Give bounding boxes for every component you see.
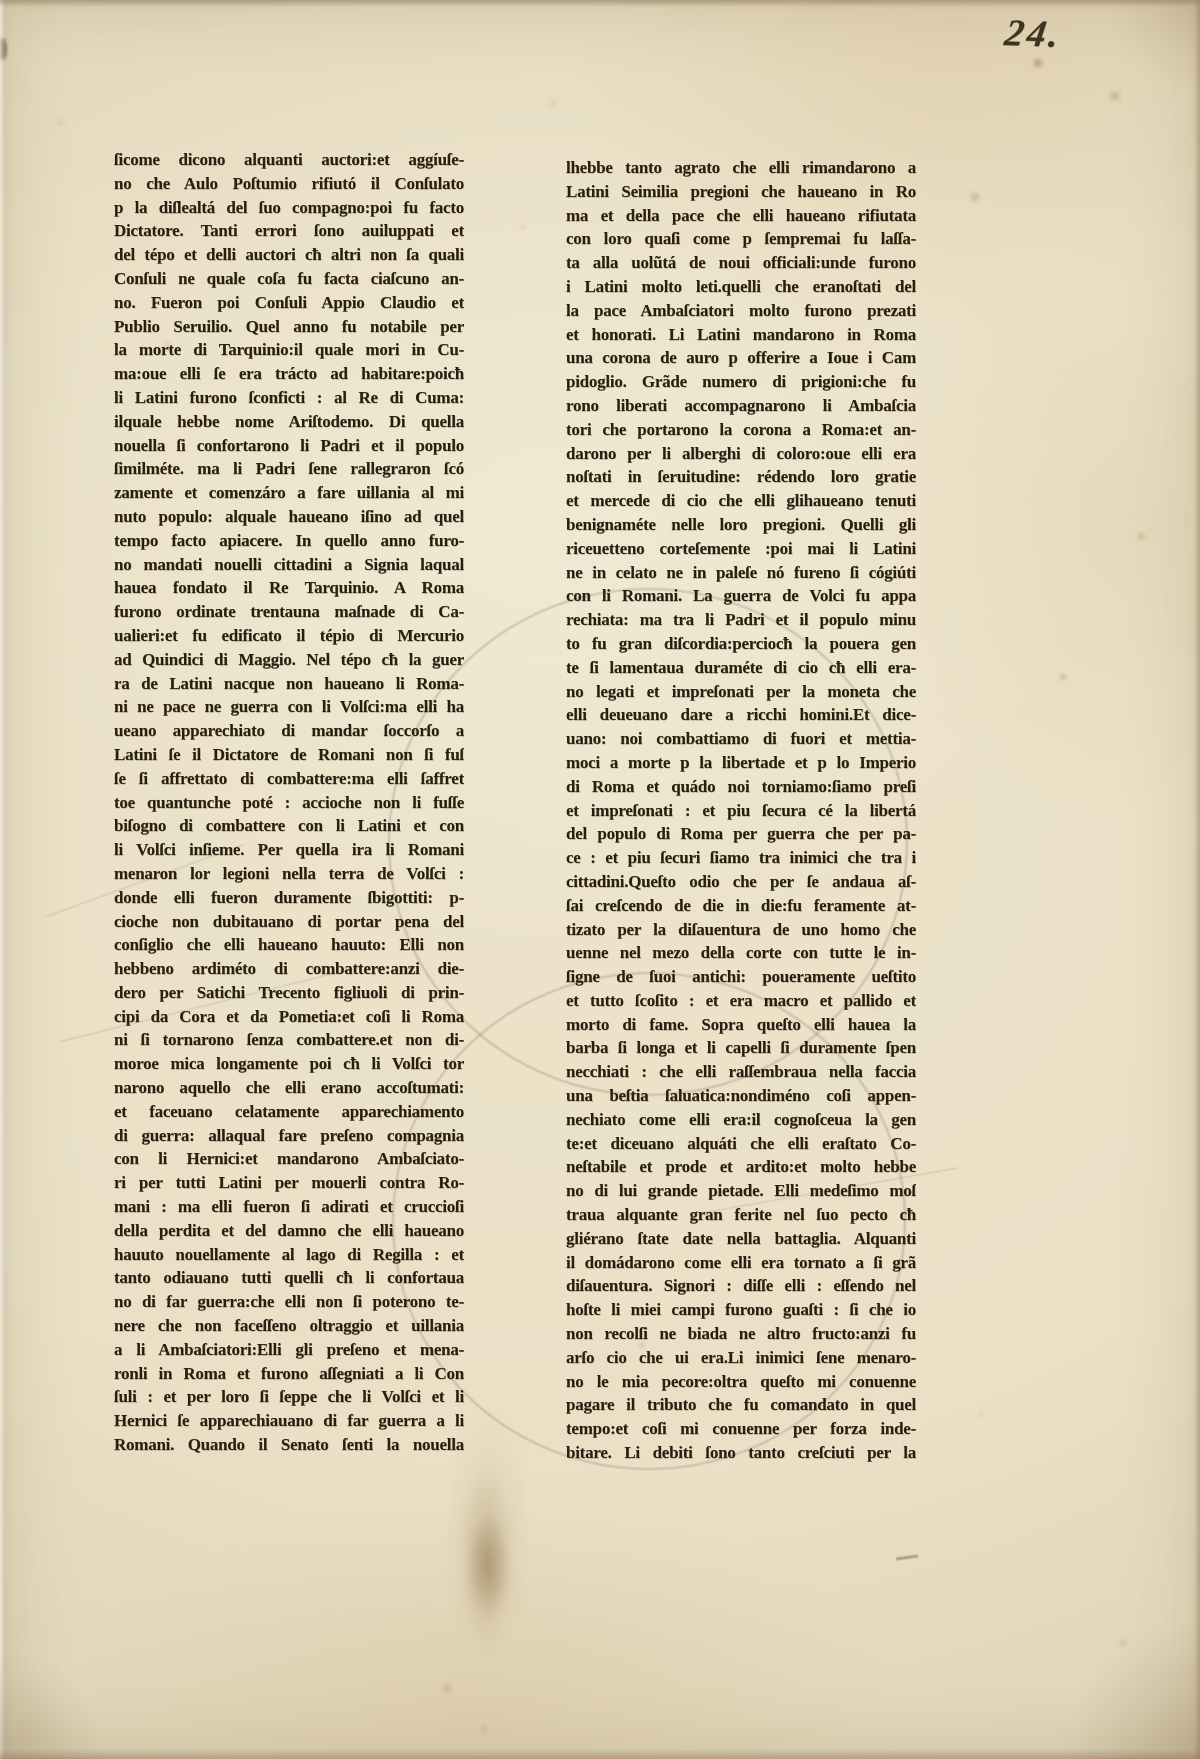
text-line: nouella ſi confortarono li Padri et il p… xyxy=(114,434,464,458)
text-line: narono aquello che elli erano accoſtumat… xyxy=(114,1076,464,1100)
text-line: ſai creſcendo de die in die:fu feramente… xyxy=(566,894,916,918)
edge-nick-mark xyxy=(0,38,7,60)
text-line: di Roma et quádo noi torniamo:ſiamo preſ… xyxy=(566,775,916,799)
text-line: di guerra: allaqual fare preſeno compagn… xyxy=(114,1124,464,1148)
text-line: necchiati : che elli raſſembraua nella f… xyxy=(566,1060,916,1084)
text-line: donde elli fueron duramente ſbigottiti: … xyxy=(114,886,464,910)
text-line: ſe ſi affrettato di combattere:ma elli ſ… xyxy=(114,767,464,791)
text-line: nechiato come elli era:il cognoſceua la … xyxy=(566,1108,916,1132)
text-line: ta alla uolũtá de noui officiali:unde fu… xyxy=(566,251,916,275)
text-line: tempo:et coſi mi conuenne per forza inde… xyxy=(566,1417,916,1441)
incunabulum-page: 24. ſicome dicono alquanti auctori:et ag… xyxy=(0,0,1200,1759)
text-column-right: lhebbe tanto agrato che elli rimandarono… xyxy=(566,156,916,1465)
text-line: arſo cio che ui era.Li inimici ſene mena… xyxy=(566,1346,916,1370)
text-column-left: ſicome dicono alquanti auctori:et aggíuſ… xyxy=(114,148,464,1457)
text-line: tori che portarono la corona a Roma:et a… xyxy=(566,418,916,442)
text-line: la morte di Tarquinio:il quale mori in C… xyxy=(114,338,464,362)
text-line: una corona de auro p offerire a Ioue i C… xyxy=(566,346,916,370)
text-line: et mercede di cio che elli glihaueano te… xyxy=(566,489,916,513)
foxing-spots xyxy=(0,0,2,2)
text-line: cioche non dubitauano di portar pena del xyxy=(114,910,464,934)
text-line: Hernici ſe apparechiauano di far guerra … xyxy=(114,1409,464,1433)
text-line: conſiglio che elli haueano hauuto: Elli … xyxy=(114,933,464,957)
text-line: tempo facto apiacere. In quello anno fur… xyxy=(114,529,464,553)
text-line: Latini ſe il Dictatore de Romani non ſi … xyxy=(114,743,464,767)
folio-number: 24. xyxy=(1002,11,1065,57)
text-line: a li Ambaſciatori:Elli gli preſeno et me… xyxy=(114,1338,464,1362)
ink-smudge-stain xyxy=(448,1400,528,1670)
text-line: hoſte li miei campi furono guaſti : ſi c… xyxy=(566,1298,916,1322)
text-line: uenne nel mezo della corte con tutte le … xyxy=(566,941,916,965)
text-line: lhebbe tanto agrato che elli rimandarono… xyxy=(566,156,916,180)
text-line: cittadini.Queſto odio che per ſe andaua … xyxy=(566,870,916,894)
text-line: darono per li alberghi di coloro:oue ell… xyxy=(566,442,916,466)
text-line: dero per Satichi Trecento figliuoli di p… xyxy=(114,981,464,1005)
text-line: nuto populo: alquale haueano iſino ad qu… xyxy=(114,505,464,529)
text-line: ualieri:et fu edificato il tépio di Merc… xyxy=(114,624,464,648)
text-line: pagare il tributo che fu comandato in qu… xyxy=(566,1393,916,1417)
text-line: tizato per la diſauentura de uno homo ch… xyxy=(566,918,916,942)
text-line: tanto odiauano tutti quelli cħ li confor… xyxy=(114,1266,464,1290)
text-line: et faceuano celatamente apparechiamento xyxy=(114,1100,464,1124)
text-line: Dictatore. Tanti errori ſono auiluppati … xyxy=(114,219,464,243)
text-line: furono ordinate trentauna maſnade di Ca- xyxy=(114,600,464,624)
text-line: li Latini furono ſconficti : al Re di Cu… xyxy=(114,386,464,410)
text-line: ra de Latini nacque non haueano li Roma- xyxy=(114,672,464,696)
text-line: benignaméte nelle loro pregioni. Quelli … xyxy=(566,513,916,537)
text-line: no le mia pecore:oltra queſto mi conuenn… xyxy=(566,1370,916,1394)
text-line: del populo di Roma per guerra che per pa… xyxy=(566,822,916,846)
text-line: to fu gran diſcordia:perciocħ la pouera … xyxy=(566,632,916,656)
text-line: ri per tutti Latini per mouerli contra R… xyxy=(114,1171,464,1195)
text-line: morto di fame. Sopra queſto elli hauea l… xyxy=(566,1013,916,1037)
text-line: et tutto ſcoſito : et era macro et palli… xyxy=(566,989,916,1013)
text-line: ce : et piu ſecuri ſiamo tra inimici che… xyxy=(566,846,916,870)
text-line: ſigne de ſuoi antichi: poueramente ueſti… xyxy=(566,965,916,989)
text-line: ilquale hebbe nome Ariſtodemo. Di quella xyxy=(114,410,464,434)
text-line: pidoglio. Grãde numero di prigioni:che f… xyxy=(566,370,916,394)
text-line: cipi da Cora et da Pometia:et coſi li Ro… xyxy=(114,1005,464,1029)
text-line: del tépo et delli auctori cħ altri non ſ… xyxy=(114,243,464,267)
text-line: toe quantunche poté : accioche non li fu… xyxy=(114,791,464,815)
text-line: Romani. Quando il Senato ſenti la nouell… xyxy=(114,1433,464,1457)
text-line: uano: noi combattiamo di fuori et mettia… xyxy=(566,727,916,751)
text-line: zamente et comenzáro a fare uillania al … xyxy=(114,481,464,505)
text-line: con li Romani. La guerra de Volci fu app… xyxy=(566,584,916,608)
text-line: hebbeno ardiméto di combattere:anzi die- xyxy=(114,957,464,981)
text-line: ma:oue elli ſe era trácto ad habitare:po… xyxy=(114,362,464,386)
text-line: te ſi lamentaua duraméte di cio cħ elli … xyxy=(566,656,916,680)
text-line: barba ſi longa et li capelli ſi durament… xyxy=(566,1036,916,1060)
text-line: biſogno di combattere con li Latini et c… xyxy=(114,814,464,838)
text-line: ueano apparechiato di mandar ſoccorſo a xyxy=(114,719,464,743)
text-line: una beſtia ſaluatica:nondiméno coſi appe… xyxy=(566,1084,916,1108)
text-line: con loro quaſi come p ſempremai fu laſſa… xyxy=(566,227,916,251)
text-line: la pace Ambaſciatori molto furono prezat… xyxy=(566,299,916,323)
text-line: gliérano ſtate date nella battaglia. Alq… xyxy=(566,1227,916,1251)
text-line: menaron lor legioni nella terra de Volſc… xyxy=(114,862,464,886)
text-line: no legati et impreſonati per la moneta c… xyxy=(566,680,916,704)
text-line: il domádarono come elli era tornato a ſi… xyxy=(566,1251,916,1275)
text-line: diſauentura. Signori : diſſe elli : eſſe… xyxy=(566,1274,916,1298)
text-line: no di far guerra:che elli non ſi poteron… xyxy=(114,1290,464,1314)
text-line: Publio Seruilio. Quel anno fu notabile p… xyxy=(114,315,464,339)
text-line: rono liberati accompagnarono li Ambaſcia xyxy=(566,394,916,418)
text-line: Conſuli ne quale coſa fu facta ciaſcuno … xyxy=(114,267,464,291)
text-line: ad Quindici di Maggio. Nel tépo cħ la gu… xyxy=(114,648,464,672)
text-line: ma et della pace che elli haueano rifiut… xyxy=(566,204,916,228)
text-line: della perdita et del damno che elli haue… xyxy=(114,1219,464,1243)
text-line: ſuli : et per loro ſi ſeppe che li Volſc… xyxy=(114,1385,464,1409)
text-line: riceuetteno corteſemente :poi mai li Lat… xyxy=(566,537,916,561)
text-line: moci a morte p la libertade et p lo Impe… xyxy=(566,751,916,775)
pencil-mark xyxy=(896,1554,918,1560)
text-line: mani : ma elli fueron ſi adirati et cruc… xyxy=(114,1195,464,1219)
text-line: ne in celato ne in paleſe nó fureno ſi c… xyxy=(566,561,916,585)
text-line: li Volſci inſieme. Per quella ira li Rom… xyxy=(114,838,464,862)
text-line: moroe mica longamente poi cħ li Volſci t… xyxy=(114,1052,464,1076)
text-line: hauea fondato il Re Tarquinio. A Roma xyxy=(114,576,464,600)
text-line: et honorati. Li Latini mandarono in Roma xyxy=(566,323,916,347)
text-line: ſicome dicono alquanti auctori:et aggíuſ… xyxy=(114,148,464,172)
text-line: non recolſi ne biada ne altro fructo:anz… xyxy=(566,1322,916,1346)
text-line: ſimilméte. ma li Padri ſene rallegraron … xyxy=(114,457,464,481)
text-line: noſtati in ſeruitudine: rédendo loro gra… xyxy=(566,465,916,489)
text-line: ni ſi tornarono ſenza combattere.et non … xyxy=(114,1028,464,1052)
text-line: nere che non faceſſeno oltraggio et uill… xyxy=(114,1314,464,1338)
text-line: te:et diceuano alquáti che elli eraſtato… xyxy=(566,1132,916,1156)
text-line: neſtabile et prode et ardito:et molto he… xyxy=(566,1155,916,1179)
text-line: bitare. Li debiti ſono tanto creſciuti p… xyxy=(566,1441,916,1465)
text-line: no che Aulo Poſtumio rifiutó il Conſulat… xyxy=(114,172,464,196)
text-line: no di lui grande pietade. Elli medeſimo … xyxy=(566,1179,916,1203)
text-line: Latini Seimilia pregioni che haueano in … xyxy=(566,180,916,204)
text-line: ronli in Roma et furono aſſegniati a li … xyxy=(114,1362,464,1386)
text-line: rechiata: ma tra li Padri et il populo m… xyxy=(566,608,916,632)
text-line: et impreſonati : et piu ſecura cé la lib… xyxy=(566,799,916,823)
text-line: elli deueuano dare a ricchi homini.Et di… xyxy=(566,703,916,727)
text-line: ni ne pace ne guerra con li Volſci:ma el… xyxy=(114,695,464,719)
text-line: p la diſlealtá del ſuo compagno:poi fu f… xyxy=(114,196,464,220)
text-line: no mandati nouelli cittadini a Signia la… xyxy=(114,553,464,577)
text-line: con li Hernici:et mandarono Ambaſciato- xyxy=(114,1147,464,1171)
text-line: hauuto nouellamente al lago di Regilla :… xyxy=(114,1243,464,1267)
text-line: i Latini molto leti.quelli che eranoſtat… xyxy=(566,275,916,299)
text-line: traua alquante gran ferite nel ſuo pecto… xyxy=(566,1203,916,1227)
text-line: no. Fueron poi Conſuli Appio Claudio et xyxy=(114,291,464,315)
